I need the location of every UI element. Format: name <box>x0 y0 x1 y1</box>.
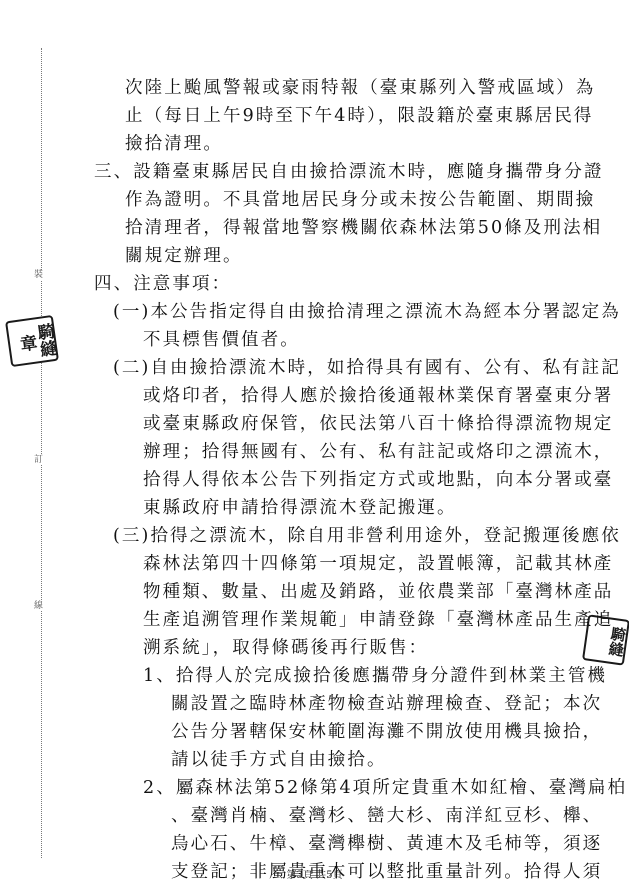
text-line: 或烙印者，拾得人應於撿拾後通報林業保育署臺東分署 <box>143 384 613 408</box>
text-line: 請以徒手方式自由撿拾。 <box>171 748 387 772</box>
margin-mark-xian: 線 <box>34 601 43 611</box>
text-line: 公告分署轄保安林範圍海灘不開放使用機具撿拾， <box>171 720 602 744</box>
text-line: (一)本公告指定得自由撿拾清理之漂流木為經本分署認定為 <box>113 300 621 324</box>
text-line: 作為證明。不具當地居民身分或未按公告範圍、期間撿 <box>125 188 595 212</box>
text-line: 1、拾得人於完成撿拾後應攜帶身分證件到林業主管機 <box>143 664 607 688</box>
text-line: 拾得人得依本公告下列指定方式或地點，向本分署或臺 <box>143 468 613 492</box>
text-line: 、臺灣肖楠、臺灣杉、巒大杉、南洋紅豆杉、櫸、 <box>171 804 602 828</box>
text-line: 三、設籍臺東縣居民自由撿拾漂流木時，應隨身攜帶身分證 <box>94 160 604 184</box>
text-line: 2、屬森林法第52條第4項所定貴重木如紅檜、臺灣扁柏 <box>143 776 627 800</box>
text-line: 撿拾清理。 <box>125 132 223 156</box>
text-line: 溯系統」，取得條碼後再行販售： <box>143 636 428 660</box>
text-line: 烏心石、牛樟、臺灣櫸樹、黃連木及毛柿等，須逐 <box>171 832 602 856</box>
page-indicator: 第3頁 共5頁 <box>0 866 629 881</box>
text-line: 東縣政府申請拾得漂流木登記搬運。 <box>143 496 457 520</box>
binding-line <box>41 48 42 858</box>
margin-mark-ding: 訂 <box>34 455 43 465</box>
text-line: (三)拾得之漂流木，除自用非營利用途外，登記搬運後應依 <box>113 524 621 548</box>
text-line: 生產追溯管理作業規範」申請登錄「臺灣林產品生產追 <box>143 608 613 632</box>
text-line: 不具標售價值者。 <box>143 328 300 352</box>
text-line: 關規定辦理。 <box>125 244 243 268</box>
text-line: 或臺東縣政府保管，依民法第八百十條拾得漂流物規定 <box>143 412 613 436</box>
text-line: 關設置之臨時林產物檢查站辦理檢查、登記；本次 <box>171 692 602 716</box>
text-line: (二)自由撿拾漂流木時，如拾得具有國有、公有、私有註記 <box>113 356 621 380</box>
margin-mark-zhuang: 裝 <box>34 270 43 280</box>
text-line: 森林法第四十四條第一項規定，設置帳簿，記載其林產 <box>143 552 613 576</box>
text-line: 辦理；拾得無國有、公有、私有註記或烙印之漂流木， <box>143 440 613 464</box>
text-line: 四、注意事項： <box>94 272 231 296</box>
text-line: 拾清理者，得報當地警察機關依森林法第50條及刑法相 <box>125 216 602 240</box>
text-line: 止（每日上午9時至下午4時），限設籍於臺東縣居民得 <box>125 104 594 128</box>
seam-seal-left: 騎縫章 <box>5 315 59 367</box>
text-line: 次陸上颱風警報或豪雨特報（臺東縣列入警戒區域）為 <box>125 76 595 100</box>
text-line: 物種類、數量、出處及銷路，並依農業部「臺灣林產品 <box>143 580 613 604</box>
